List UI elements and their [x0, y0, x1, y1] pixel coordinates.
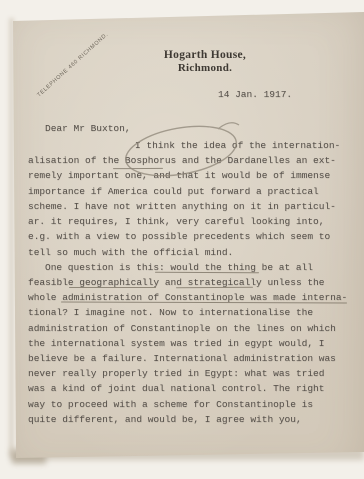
pencil-underline-geographically — [69, 287, 156, 288]
paper-shadow-left — [9, 18, 14, 456]
letterhead-house-name: Hogarth House, — [145, 49, 265, 61]
date-line: 14 Jan. 1917. — [218, 88, 292, 101]
scanned-letter: TELEPHONE 460 RICHMOND. Hogarth House, R… — [0, 0, 364, 479]
telephone-stamp: TELEPHONE 460 RICHMOND. — [33, 29, 113, 102]
body-line: administration of Constantinople on the … — [28, 322, 336, 335]
body-line: tell so much with the official mind. — [28, 246, 233, 259]
body-line: was a kind of joint dual national contro… — [28, 382, 324, 395]
letterhead-town: Richmond. — [145, 62, 265, 74]
body-line: the international system was tried in eg… — [28, 337, 324, 350]
pencil-circle-annotation — [118, 120, 244, 182]
body-line: way to proceed with a scheme for Constan… — [28, 398, 313, 411]
body-line: e.g. with a view to possible precedents … — [28, 230, 330, 243]
body-line: ar. it requires, I think, very careful l… — [28, 215, 324, 228]
body-line: importance if America could put forward … — [28, 185, 319, 198]
body-line: scheme. I have not written anything on i… — [28, 200, 336, 213]
body-line: tional? I imagine not. Now to internatio… — [28, 306, 313, 319]
body-line: never really properly tried in Egypt: wh… — [28, 367, 324, 380]
body-line: believe be a failure. International admi… — [28, 352, 336, 365]
letter-page: TELEPHONE 460 RICHMOND. Hogarth House, R… — [0, 0, 364, 479]
body-line: quite different, and would be, I agree w… — [28, 413, 302, 426]
